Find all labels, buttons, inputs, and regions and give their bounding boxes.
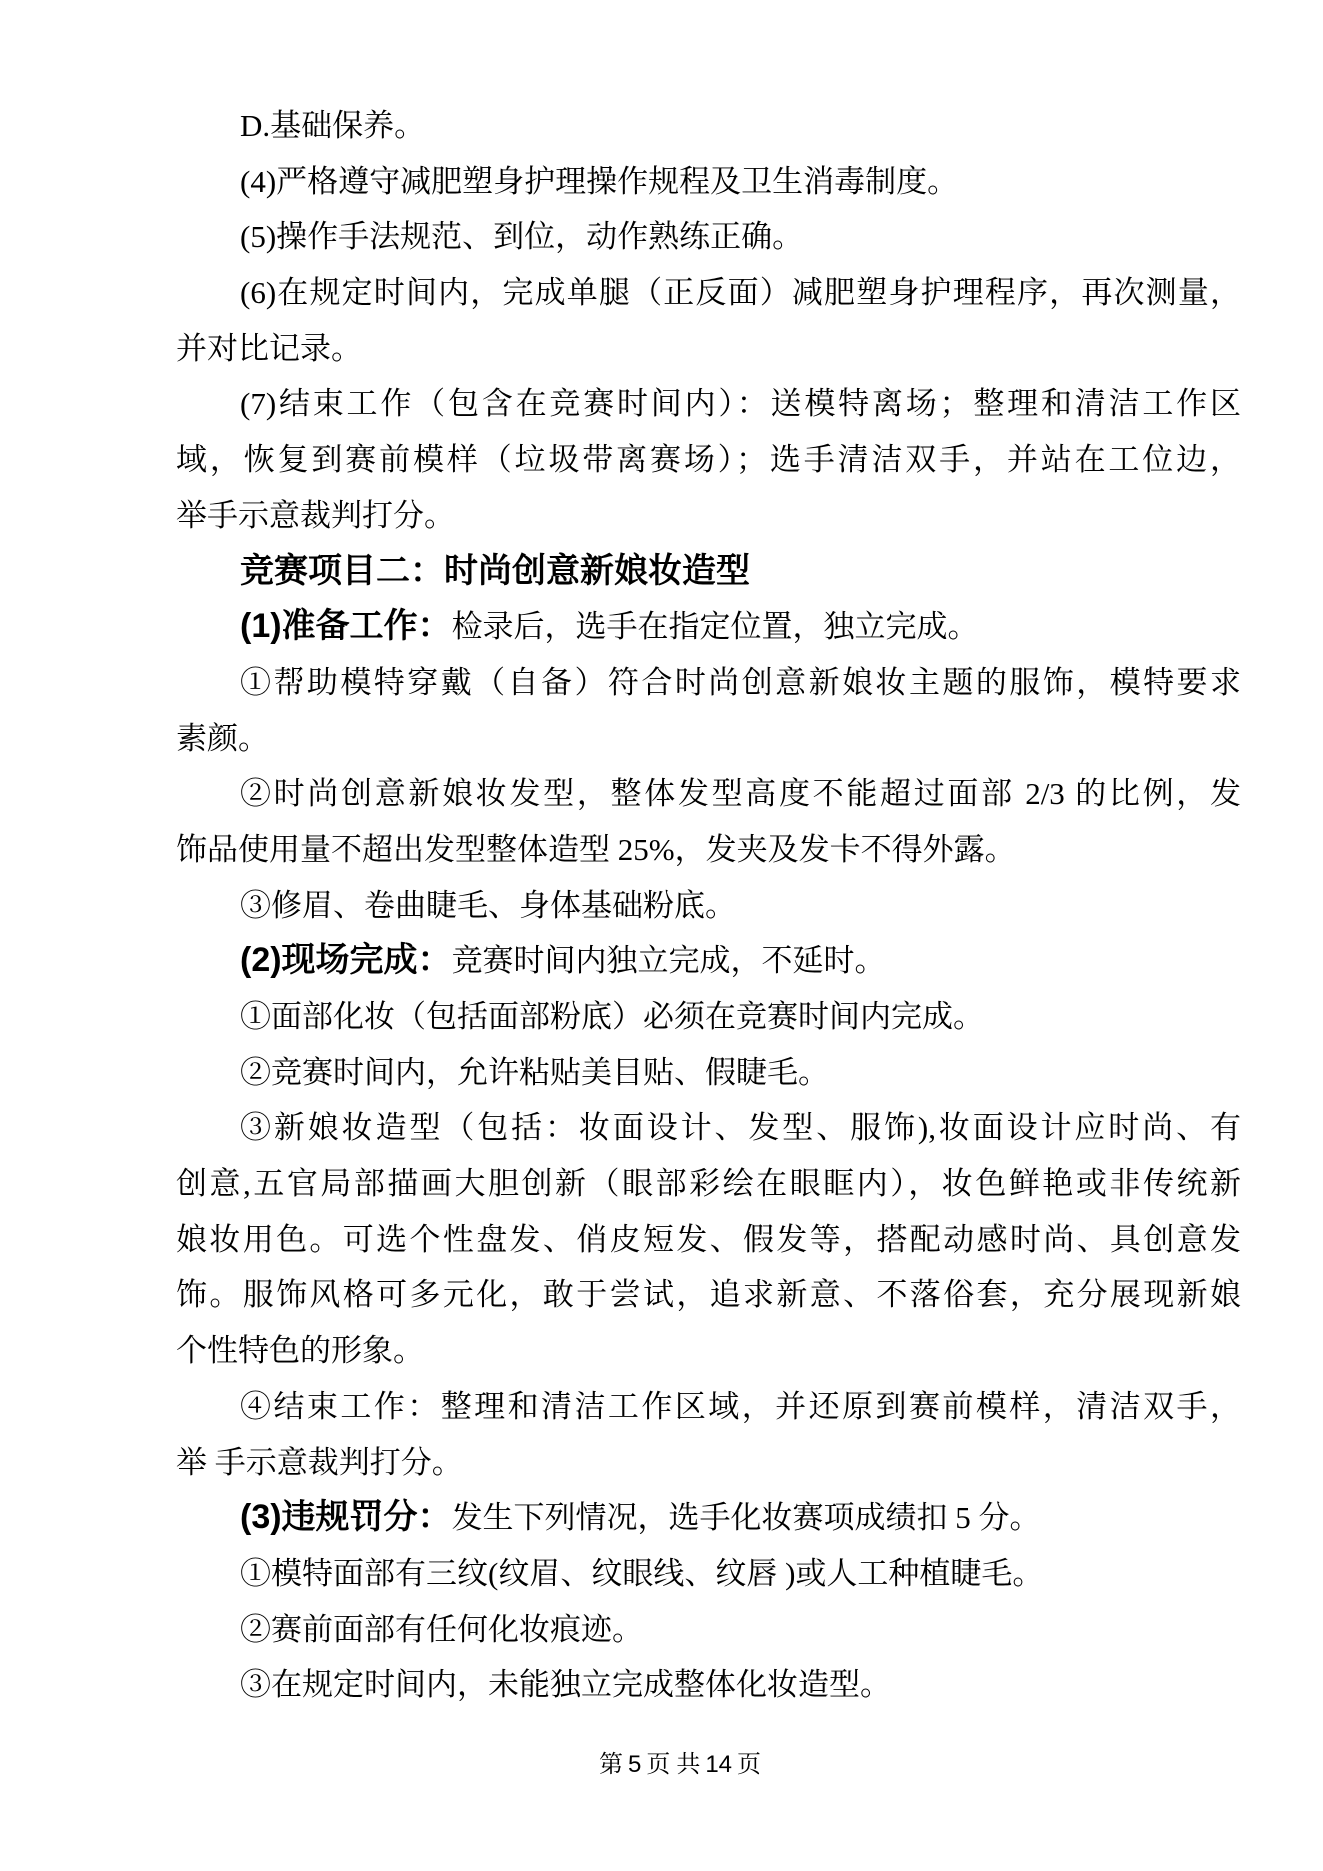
footer-page-char: 页 [646,1752,670,1778]
document-text-line: ①帮助模特穿戴（自备）符合时尚创意新娘妆主题的服饰，模特要求 [176,655,1241,711]
document-text-line: 个性特色的形象。 [176,1323,1241,1379]
document-text-line: (6)在规定时间内，完成单腿（正反面）减肥塑身护理程序，再次测量， [176,265,1241,321]
document-text-line: ①面部化妆（包括面部粉底）必须在竞赛时间内完成。 [176,989,1241,1045]
document-text-line: 创意,五官局部描画大胆创新（眼部彩绘在眼眶内），妆色鲜艳或非传统新 [176,1156,1241,1212]
document-text-line: 举 手示意裁判打分。 [176,1435,1241,1491]
document-text-line: (7)结束工作（包含在竞赛时间内）：送模特离场；整理和清洁工作区 [176,376,1241,432]
document-text-line: 娘妆用色。可选个性盘发、俏皮短发、假发等，搭配动感时尚、具创意发 [176,1212,1241,1268]
document-text-line: ③在规定时间内，未能独立完成整体化妆造型。 [176,1657,1241,1713]
document-text-line: D.基础保养。 [176,98,1241,154]
document-text-line: ②竞赛时间内，允许粘贴美目贴、假睫毛。 [176,1045,1241,1101]
footer-prefix-char: 第 [599,1752,623,1778]
document-page: D.基础保养。(4)严格遵守减肥塑身护理操作规程及卫生消毒制度。(5)操作手法规… [0,0,1323,1871]
document-text-line: ③修眉、卷曲睫毛、身体基础粉底。 [176,878,1241,934]
document-text-line: 举手示意裁判打分。 [176,488,1241,544]
footer-page-number: 5 [628,1751,641,1778]
document-body: D.基础保养。(4)严格遵守减肥塑身护理操作规程及卫生消毒制度。(5)操作手法规… [176,98,1241,1713]
section-heading: 竞赛项目二：时尚创意新娘妆造型 [176,544,1241,600]
document-text-line: ④结束工作：整理和清洁工作区域，并还原到赛前模样，清洁双手， [176,1379,1241,1435]
document-text-line: (5)操作手法规范、到位，动作熟练正确。 [176,209,1241,265]
document-text-line: (2)现场完成：竞赛时间内独立完成，不延时。 [176,933,1241,989]
document-text-line: ①模特面部有三纹(纹眉、纹眼线、纹唇 )或人工种植睫毛。 [176,1546,1241,1602]
paragraph-label: (2)现场完成： [240,941,452,979]
document-text-line: ③新娘妆造型（包括：妆面设计、发型、服饰),妆面设计应时尚、有 [176,1100,1241,1156]
document-text-line: 域，恢复到赛前模样（垃圾带离赛场）；选手清洁双手，并站在工位边， [176,432,1241,488]
document-text-line: 饰品使用量不超出发型整体造型 25%，发夹及发卡不得外露。 [176,822,1241,878]
footer-pages-char: 页 [737,1752,761,1778]
paragraph-label: (1)准备工作： [240,607,452,645]
page-footer: 第5页共14页 [150,1745,1210,1785]
document-text-line: (1)准备工作：检录后，选手在指定位置，独立完成。 [176,599,1241,655]
document-text-line: ②赛前面部有任何化妆痕迹。 [176,1602,1241,1658]
document-text-line: (4)严格遵守减肥塑身护理操作规程及卫生消毒制度。 [176,154,1241,210]
document-text-line: 素颜。 [176,711,1241,767]
document-text-line: 并对比记录。 [176,321,1241,377]
footer-total-pages: 14 [705,1751,732,1778]
document-text-line: ②时尚创意新娘妆发型，整体发型高度不能超过面部 2/3 的比例，发 [176,766,1241,822]
footer-total-label: 共 [676,1752,700,1778]
document-text-line: (3)违规罚分：发生下列情况，选手化妆赛项成绩扣 5 分。 [176,1490,1241,1546]
document-text-line: 饰。服饰风格可多元化，敢于尝试，追求新意、不落俗套，充分展现新娘 [176,1267,1241,1323]
paragraph-label: (3)违规罚分： [240,1498,452,1536]
